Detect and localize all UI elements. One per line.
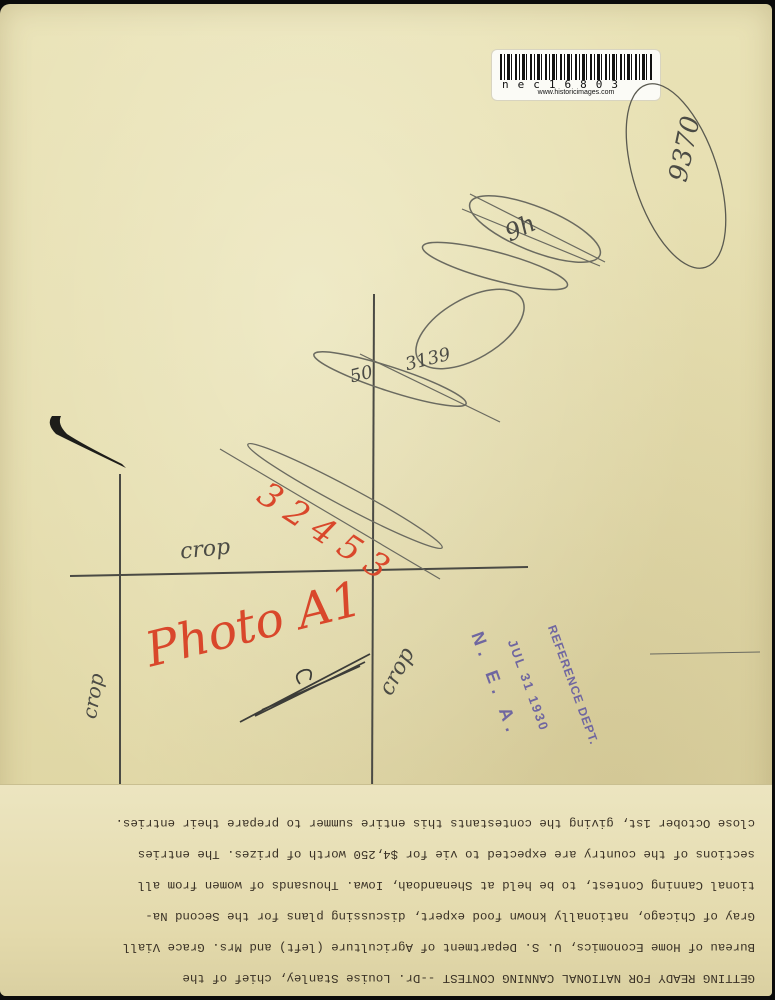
crop-line-top [70, 567, 528, 576]
caption-line: tional Canning Contest, to be held at Sh… [20, 869, 755, 900]
caption-line: GETTING READY FOR NATIONAL CANNING CONTE… [20, 962, 755, 993]
reference-dept-stamp: REFERENCE DEPT. JUL 31 1930 N. E. A. [440, 624, 600, 774]
caption-line: Bureau of Home Economics, U. S. Departme… [20, 931, 755, 962]
stamp-line-reference: REFERENCE DEPT. [545, 623, 601, 747]
caption-line: sections of the country are expected to … [20, 838, 755, 869]
caption-line: Gray of Chicago, nationally known food e… [20, 900, 755, 931]
caption-text: GETTING READY FOR NATIONAL CANNING CONTE… [20, 807, 755, 993]
photo-back-paper: nec16803 www.historicimages.com [0, 4, 772, 996]
caption-line: close October 1st, giving the contestant… [20, 807, 755, 838]
ink-blot [50, 416, 126, 468]
pencil-crop-top: crop [179, 534, 232, 564]
typed-caption-slip: GETTING READY FOR NATIONAL CANNING CONTE… [0, 784, 772, 996]
